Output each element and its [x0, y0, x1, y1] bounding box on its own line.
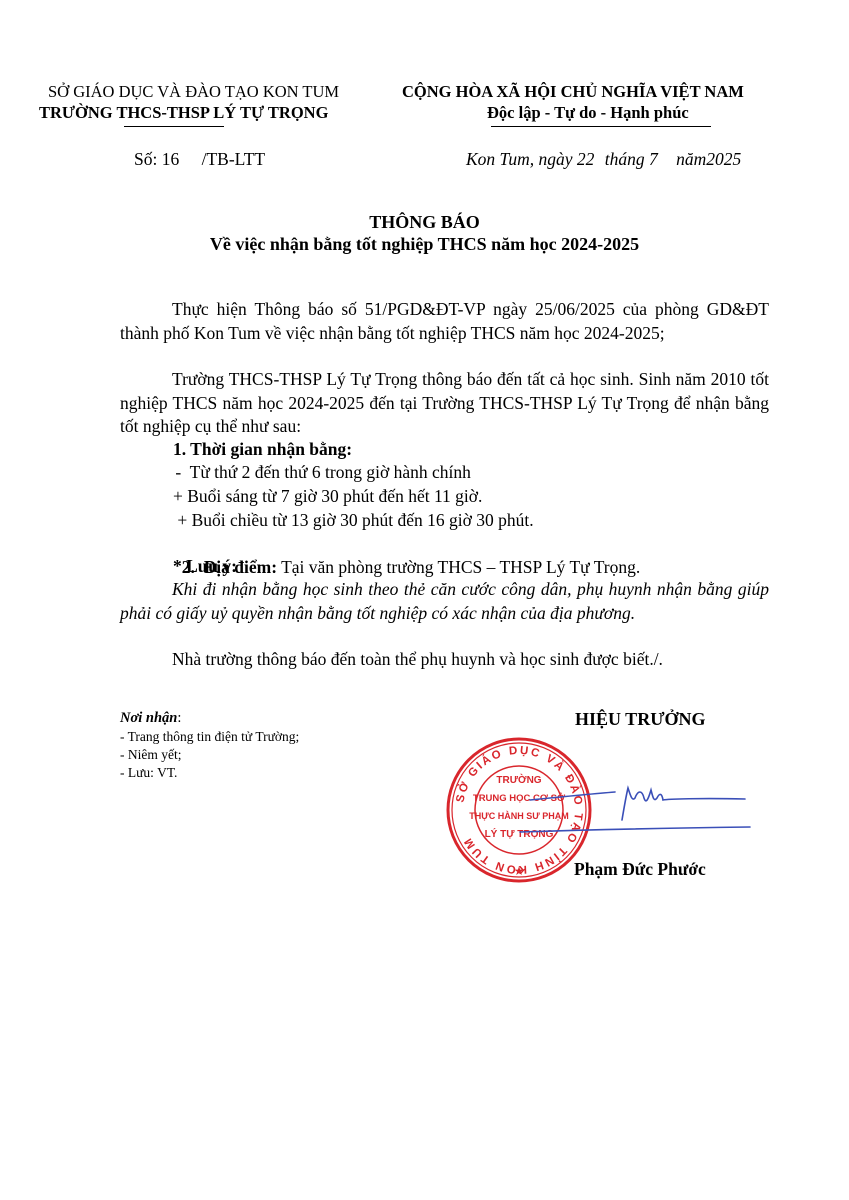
recipient-item: - Trang thông tin điện tử Trường; [120, 728, 299, 745]
document-number: Số: 16 /TB-LTT [134, 148, 265, 172]
section1-item: + Buổi chiều từ 13 giờ 30 phút đến 16 gi… [173, 509, 534, 533]
doc-number-value: 16 [162, 149, 180, 169]
doc-code: /TB-LTT [202, 149, 266, 169]
date-month: 7 [649, 149, 658, 169]
header-left-school: TRƯỜNG THCS-THSP LÝ TỰ TRỌNG [39, 103, 328, 123]
school-prefix: TRƯỜNG [39, 103, 116, 122]
doc-number-label: Số: [134, 149, 157, 169]
header-right-country: CỘNG HÒA XÃ HỘI CHỦ NGHĨA VIỆT NAM [402, 82, 744, 102]
signer-name: Phạm Đức Phước [574, 858, 706, 880]
closing-sentence: Nhà trường thông báo đến toàn thể phụ hu… [120, 648, 769, 672]
signer-title: HIỆU TRƯỞNG [575, 708, 706, 730]
date-year-label: năm [676, 149, 706, 169]
date-place: Kon Tum, ngày [466, 149, 572, 169]
signature-scribble [520, 780, 760, 860]
header-right-motto: Độc lập - Tự do - Hạnh phúc [487, 103, 689, 123]
section1-item: + Buổi sáng từ 7 giờ 30 phút đến hết 11 … [173, 485, 482, 509]
document-title: THÔNG BÁO [0, 211, 849, 233]
header-left-authority: SỞ GIÁO DỤC VÀ ĐÀO TẠO KON TUM [48, 82, 339, 102]
recipient-item: - Lưu: VT. [120, 764, 177, 781]
stamp-star-icon: ★ [514, 864, 525, 878]
section2-text: Tại văn phòng trường THCS – THSP Lý Tự T… [277, 557, 640, 577]
recipient-item: - Niêm yết; [120, 746, 181, 763]
header-right-rule [491, 126, 711, 127]
recipients-colon: : [177, 710, 181, 726]
recipients-label: Nơi nhận: [120, 710, 181, 727]
header-left-rule [124, 126, 224, 127]
school-type: THCS-THSP [116, 103, 209, 122]
document-subtitle: Về việc nhận bằng tốt nghiệp THCS năm họ… [0, 233, 849, 255]
section1-heading: 1. Thời gian nhận bằng: [173, 438, 352, 462]
date-month-label: tháng [605, 149, 645, 169]
school-name: LÝ TỰ TRỌNG [209, 103, 328, 122]
section2: 2. Địa điểm: Tại văn phòng trường THCS –… [173, 532, 640, 579]
paragraph-reference: Thực hiện Thông báo số 51/PGD&ĐT-VP ngày… [120, 298, 769, 345]
note-heading: * Lưu ý: [173, 555, 237, 579]
note-text: Khi đi nhận bằng học sinh theo thẻ căn c… [120, 578, 769, 625]
section1-item: - Từ thứ 2 đến thứ 6 trong giờ hành chín… [171, 461, 471, 485]
place-date: Kon Tum, ngày 22 tháng 7 năm2025 [466, 148, 741, 172]
date-year: 2025 [706, 149, 741, 169]
paragraph-announcement: Trường THCS-THSP Lý Tự Trọng thông báo đ… [120, 368, 769, 439]
date-day: 22 [577, 149, 595, 169]
recipients-label-text: Nơi nhận [120, 710, 177, 726]
